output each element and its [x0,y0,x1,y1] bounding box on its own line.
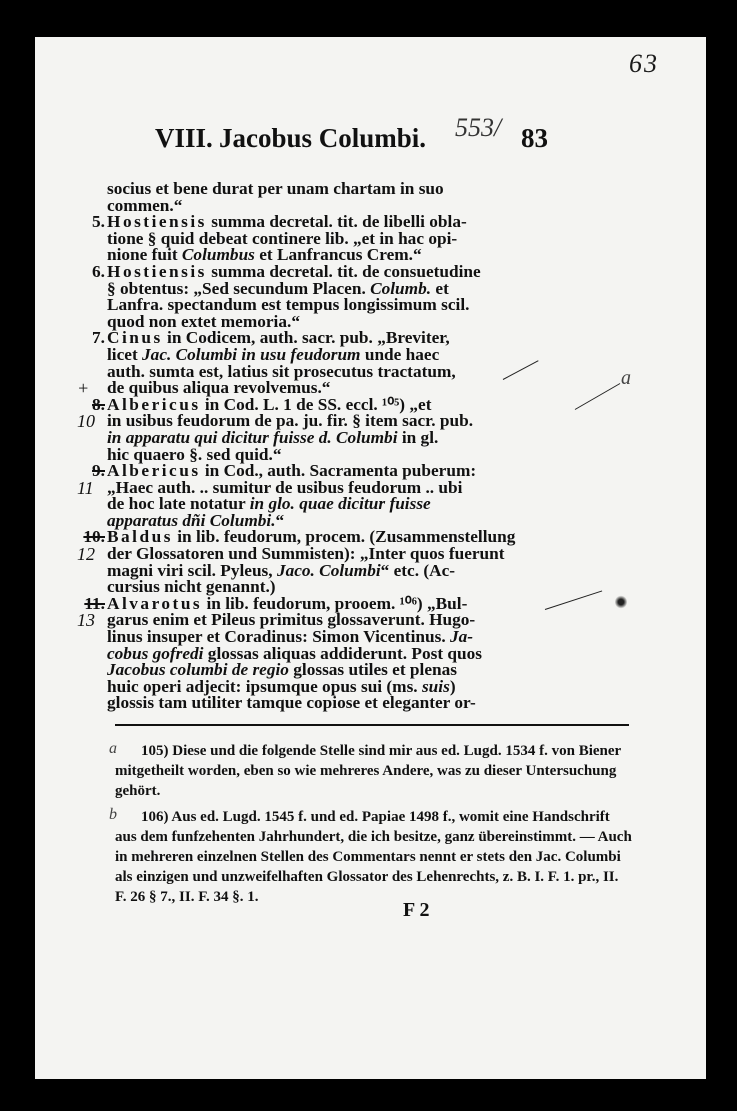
text-run: “ etc. (Ac- [381,561,455,580]
footnote-separator [115,724,629,726]
margin-pencil-stroke [545,590,602,609]
signature-mark: F 2 [403,899,429,922]
handwritten-entry-number: + [77,380,89,397]
handwritten-entry-number: 10 [77,413,95,430]
scanned-page: 63 VIII. Jacobus Columbi. 553/ 83 socius… [35,37,706,1079]
footnotes: a105) Diese und die folgende Stelle sind… [115,741,633,913]
chapter-title: Jacobus Columbi. [219,123,426,154]
running-header: VIII. Jacobus Columbi. 553/ 83 [155,121,585,161]
footnote-text: 106) Aus ed. Lugd. 1545 f. und ed. Papia… [115,809,632,905]
entry-number: 5. [79,214,105,231]
text-run: in gl. [398,428,439,447]
text-line: glossis tam utiliter tamque copiose et e… [107,695,552,712]
handwritten-page-number: 63 [629,49,659,79]
main-text-block: socius et bene durat per unam chartam in… [107,181,552,712]
text-run: Jaco. Columbi [277,561,381,580]
margin-pencil-stroke [575,383,621,410]
entry-number: 6. [79,264,105,281]
footnote: a105) Diese und die folgende Stelle sind… [115,741,633,801]
footnote-text: 105) Diese und die folgende Stelle sind … [115,743,621,799]
chapter-roman-numeral: VIII. [155,123,213,154]
margin-annotation: a [621,367,631,390]
handwritten-entry-number: 13 [77,612,95,629]
handwritten-entry-number: 11 [77,480,94,497]
ink-smudge [615,595,627,609]
handwritten-header-note: 553/ [455,113,501,143]
handwritten-entry-number: 12 [77,546,95,563]
printed-page-number: 83 [521,123,548,154]
footnote-handwritten-mark: b [109,805,117,825]
entry-number: 7. [79,330,105,347]
text-run: glossis tam utiliter tamque copiose et e… [107,693,476,712]
footnote: b106) Aus ed. Lugd. 1545 f. und ed. Papi… [115,807,633,907]
footnote-handwritten-mark: a [109,739,117,759]
